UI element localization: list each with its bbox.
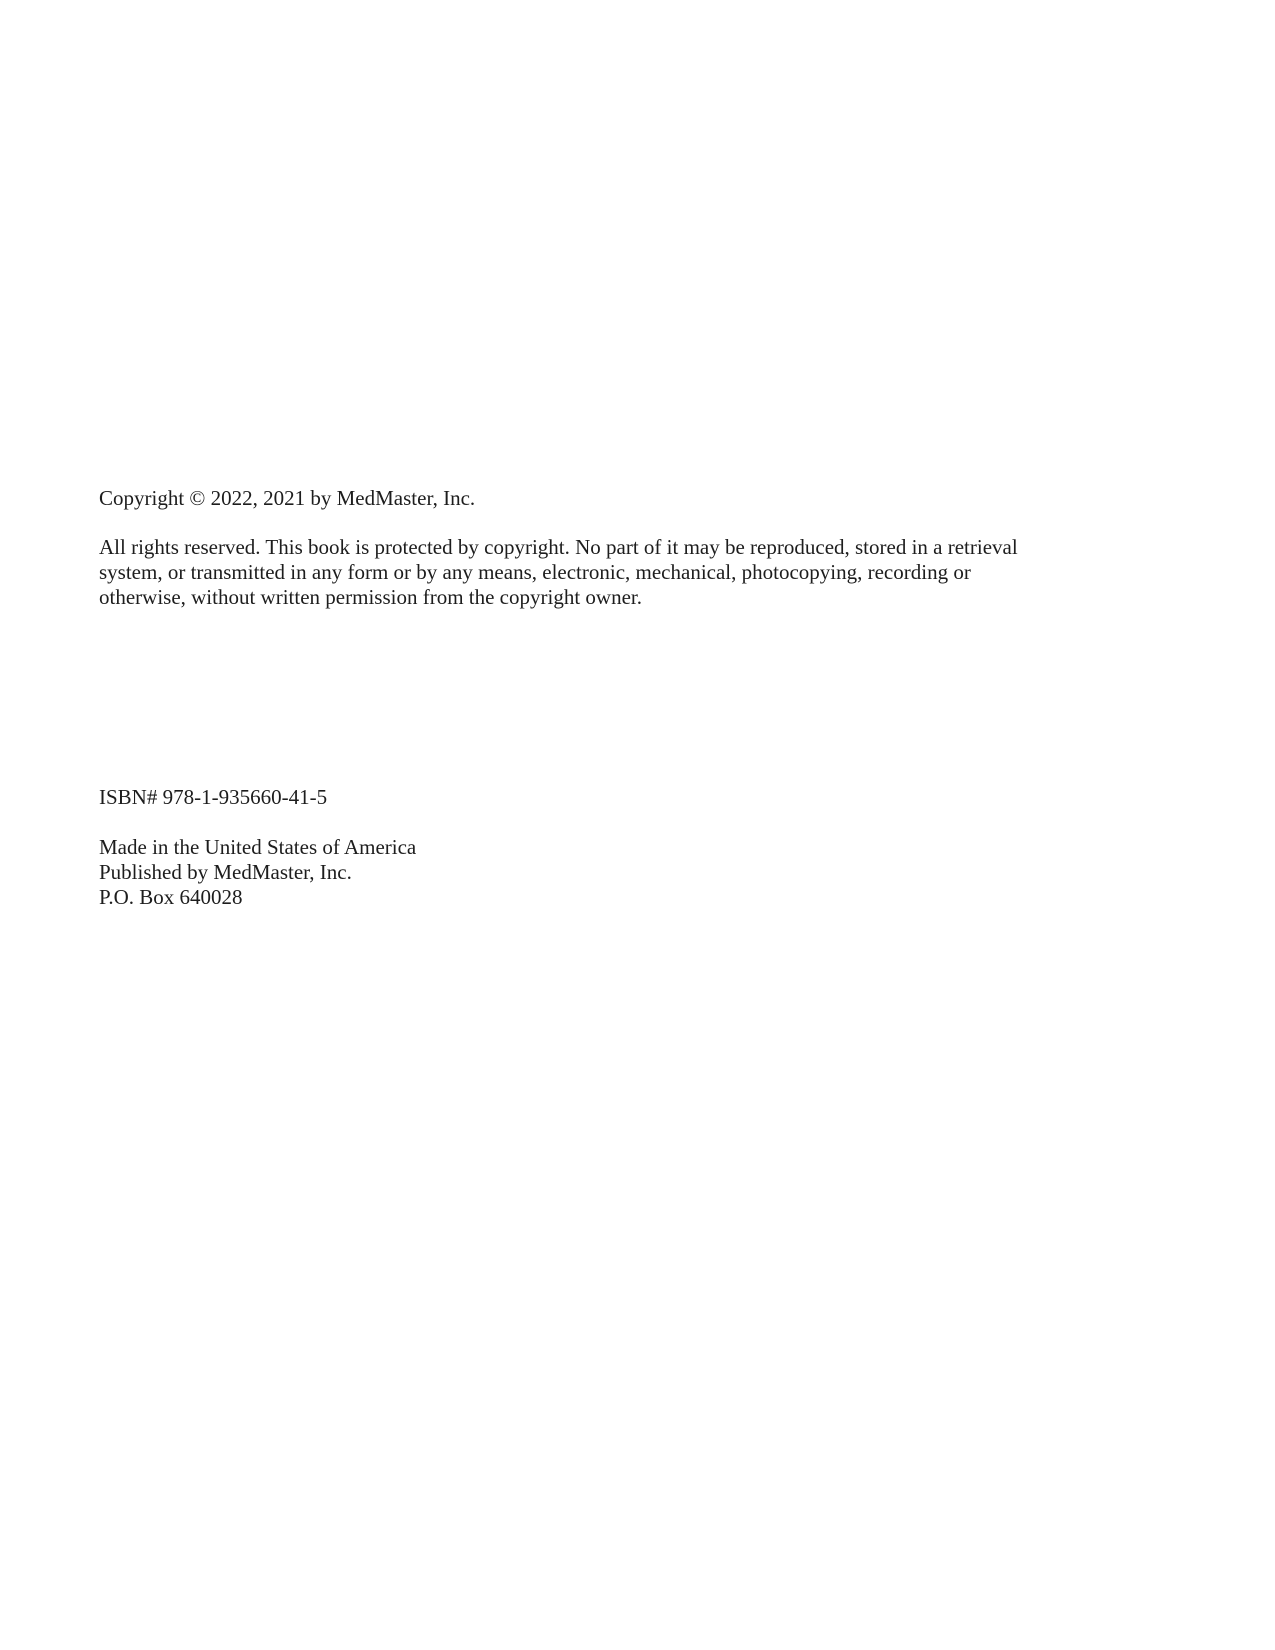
publisher-line: Published by MedMaster, Inc. <box>99 860 416 885</box>
rights-line: otherwise, without written permission fr… <box>99 585 1018 610</box>
isbn: ISBN# 978-1-935660-41-5 <box>99 785 327 810</box>
origin-line: Made in the United States of America <box>99 835 416 860</box>
rights-statement: All rights reserved. This book is protec… <box>99 535 1018 610</box>
isbn-line: ISBN# 978-1-935660-41-5 <box>99 785 327 810</box>
rights-line: All rights reserved. This book is protec… <box>99 535 1018 560</box>
publisher-info: Made in the United States of America Pub… <box>99 835 416 910</box>
copyright-notice: Copyright © 2022, 2021 by MedMaster, Inc… <box>99 486 475 511</box>
copyright-page: Copyright © 2022, 2021 by MedMaster, Inc… <box>0 0 1275 1650</box>
address-line: P.O. Box 640028 <box>99 885 416 910</box>
rights-line: system, or transmitted in any form or by… <box>99 560 1018 585</box>
copyright-line: Copyright © 2022, 2021 by MedMaster, Inc… <box>99 486 475 511</box>
